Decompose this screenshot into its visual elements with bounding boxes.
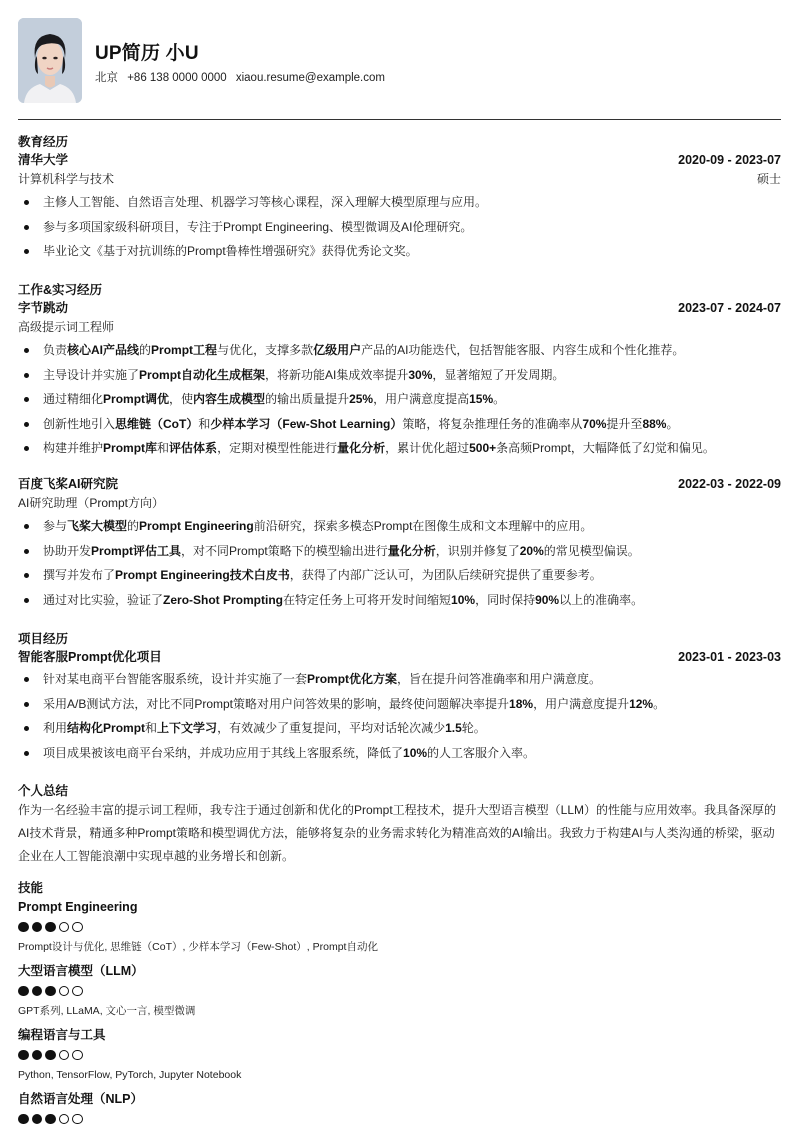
skill-level-rating [18, 917, 781, 937]
section-title-education: 教育经历 [18, 133, 781, 151]
body-text: ，有效减少了重复提问，平均对话轮次减少 [217, 721, 445, 735]
body-text: 条高频Prompt，大幅降低了幻觉和偏见。 [496, 441, 715, 455]
skill-level-rating [18, 1045, 781, 1065]
company-name: 字节跳动 [18, 299, 68, 317]
list-item: 构建并维护Prompt库和评估体系，定期对模型性能进行量化分析，累计优化超过50… [18, 438, 781, 463]
highlight-text: 量化分析 [337, 441, 385, 455]
list-item: 利用结构化Prompt和上下文学习，有效减少了重复提问，平均对话轮次减少1.5轮… [18, 718, 781, 743]
filled-dot-icon [45, 1114, 56, 1125]
body-text: 的输出质量提升 [265, 392, 349, 406]
projects-section: 项目经历 智能客服Prompt优化项目 2023-01 - 2023-03 针对… [18, 630, 781, 767]
education-entry-head: 清华大学 2020-09 - 2023-07 [18, 151, 781, 169]
empty-dot-icon [59, 922, 70, 933]
empty-dot-icon [59, 986, 70, 997]
highlight-text: Zero-Shot Prompting [163, 593, 283, 607]
body-text: ，显著缩短了开发周期。 [432, 368, 564, 382]
body-text: 主导设计并实施了 [43, 368, 139, 382]
education-bullets: 主修人工智能、自然语言处理、机器学习等核心课程，深入理解大模型原理与应用。 参与… [18, 192, 781, 266]
work-date: 2022-03 - 2022-09 [678, 475, 781, 493]
list-item: 负责核心AI产品线的Prompt工程与优化，支撑多款亿级用户产品的AI功能迭代，… [18, 340, 781, 365]
skill-item: 自然语言处理（NLP） [18, 1089, 781, 1129]
list-item: 主修人工智能、自然语言处理、机器学习等核心课程，深入理解大模型原理与应用。 [18, 192, 781, 217]
highlight-text: 88% [642, 417, 666, 431]
skill-description: Python, TensorFlow, PyTorch, Jupyter Not… [18, 1065, 781, 1089]
body-text: 的 [127, 519, 139, 533]
filled-dot-icon [32, 1114, 43, 1125]
highlight-text: 少样本学习（Few-Shot Learning） [210, 417, 402, 431]
header-divider [18, 119, 781, 120]
project-bullets: 针对某电商平台智能客服系统，设计并实施了一套Prompt优化方案，旨在提升问答准… [18, 669, 781, 767]
highlight-text: 亿级用户 [313, 343, 361, 357]
work-date: 2023-07 - 2024-07 [678, 299, 781, 317]
body-text: 。 [493, 392, 505, 406]
skill-description: GPT系列, LLaMA, 文心一言, 模型微调 [18, 1001, 781, 1025]
resume-page: UP简历 小U 北京 +86 138 0000 0000 xiaou.resum… [18, 0, 781, 120]
job-role: AI研究助理（Prompt方向） [18, 493, 164, 513]
filled-dot-icon [32, 922, 43, 933]
highlight-text: 思维链（CoT） [115, 417, 198, 431]
filled-dot-icon [18, 1050, 29, 1061]
filled-dot-icon [32, 986, 43, 997]
work-section-2: 百度飞桨AI研究院 2022-03 - 2022-09 AI研究助理（Promp… [18, 475, 781, 614]
skill-item: 编程语言与工具Python, TensorFlow, PyTorch, Jupy… [18, 1025, 781, 1089]
highlight-text: 内容生成模型 [193, 392, 265, 406]
body-text: 和 [157, 441, 169, 455]
body-text: ，累计优化超过 [385, 441, 469, 455]
filled-dot-icon [45, 922, 56, 933]
profile-photo [18, 18, 82, 103]
body-text: ，识别并修复了 [436, 544, 520, 558]
body-text: ，旨在提升问答准确率和用户满意度。 [397, 672, 601, 686]
highlight-text: Prompt工程 [151, 343, 217, 357]
list-item: 协助开发Prompt评估工具，对不同Prompt策略下的模型输出进行量化分析，识… [18, 541, 781, 566]
body-text: 创新性地引入 [43, 417, 115, 431]
body-text: 提升至 [606, 417, 642, 431]
body-text: 以上的准确率。 [559, 593, 643, 607]
skill-item: 大型语言模型（LLM）GPT系列, LLaMA, 文心一言, 模型微调 [18, 961, 781, 1025]
highlight-text: Prompt库 [103, 441, 157, 455]
body-text: 负责 [43, 343, 67, 357]
work-entry-sub: AI研究助理（Prompt方向） [18, 493, 781, 513]
skill-name: 大型语言模型（LLM） [18, 961, 781, 981]
contact-email[interactable]: xiaou.resume@example.com [236, 72, 385, 84]
filled-dot-icon [18, 986, 29, 997]
list-item: 针对某电商平台智能客服系统，设计并实施了一套Prompt优化方案，旨在提升问答准… [18, 669, 781, 694]
list-item: 通过对比实验，验证了Zero-Shot Prompting在特定任务上可将开发时… [18, 590, 781, 615]
work-entry-sub: 高级提示词工程师 [18, 317, 781, 337]
body-text: ，同时保持 [475, 593, 535, 607]
highlight-text: 15% [469, 392, 493, 406]
body-text: 策略，将复杂推理任务的准确率从 [402, 417, 582, 431]
highlight-text: Prompt自动化生成框架 [139, 368, 265, 382]
work-bullets: 负责核心AI产品线的Prompt工程与优化，支撑多款亿级用户产品的AI功能迭代，… [18, 340, 781, 463]
highlight-text: Prompt Engineering [139, 519, 254, 533]
body-text: 的人工客服介入率。 [427, 746, 535, 760]
school-name: 清华大学 [18, 151, 68, 169]
highlight-text: 18% [509, 697, 533, 711]
work-entry-head: 字节跳动 2023-07 - 2024-07 [18, 299, 781, 317]
skill-description: Prompt设计与优化, 思维链（CoT）, 少样本学习（Few-Shot）, … [18, 937, 781, 961]
list-item: 项目成果被该电商平台采纳，并成功应用于其线上客服系统，降低了10%的人工客服介入… [18, 743, 781, 768]
list-item: 撰写并发布了Prompt Engineering技术白皮书，获得了内部广泛认可，… [18, 565, 781, 590]
portrait-icon [18, 18, 82, 103]
body-text: 产品的AI功能迭代，包括智能客服、内容生成和个性化推荐。 [361, 343, 684, 357]
highlight-text: 上下文学习 [157, 721, 217, 735]
highlight-text: Prompt优化方案 [307, 672, 397, 686]
highlight-text: 结构化Prompt [67, 721, 145, 735]
body-text: 前沿研究，探索多模态Prompt在图像生成和文本理解中的应用。 [254, 519, 593, 533]
body-text: 在特定任务上可将开发时间缩短 [283, 593, 451, 607]
highlight-text: 1.5 [445, 721, 462, 735]
highlight-text: 飞桨大模型 [67, 519, 127, 533]
body-text: 采用A/B测试方法，对比不同Prompt策略对用户问答效果的影响，最终使问题解决… [43, 697, 509, 711]
candidate-name: UP简历 小U [95, 38, 199, 65]
body-text: ，使 [169, 392, 193, 406]
body-text: ，用户满意度提升 [533, 697, 629, 711]
list-item: 通过精细化Prompt调优，使内容生成模型的输出质量提升25%，用户满意度提高1… [18, 389, 781, 414]
filled-dot-icon [18, 1114, 29, 1125]
body-text: ，获得了内部广泛认可，为团队后续研究提供了重要参考。 [290, 568, 602, 582]
project-date: 2023-01 - 2023-03 [678, 648, 781, 666]
skill-name: 自然语言处理（NLP） [18, 1089, 781, 1109]
empty-dot-icon [72, 1114, 83, 1125]
empty-dot-icon [72, 986, 83, 997]
summary-text: 作为一名经验丰富的提示词工程师，我专注于通过创新和优化的Prompt工程技术，提… [18, 799, 781, 868]
highlight-text: 500+ [469, 441, 496, 455]
contact-line: 北京 +86 138 0000 0000 xiaou.resume@exampl… [95, 69, 391, 85]
body-text: 针对某电商平台智能客服系统，设计并实施了一套 [43, 672, 307, 686]
highlight-text: 10% [403, 746, 427, 760]
body-text: 的 [139, 343, 151, 357]
education-section: 教育经历 清华大学 2020-09 - 2023-07 计算机科学与技术 硕士 … [18, 133, 781, 266]
highlight-text: Prompt Engineering技术白皮书 [115, 568, 290, 582]
work-section: 工作&实习经历 字节跳动 2023-07 - 2024-07 高级提示词工程师 … [18, 281, 781, 463]
skill-name: Prompt Engineering [18, 897, 781, 917]
highlight-text: Prompt评估工具 [91, 544, 181, 558]
job-role: 高级提示词工程师 [18, 317, 114, 337]
body-text: 项目成果被该电商平台采纳，并成功应用于其线上客服系统，降低了 [43, 746, 403, 760]
skill-level-rating [18, 1109, 781, 1129]
list-item: 毕业论文《基于对抗训练的Prompt鲁棒性增强研究》获得优秀论文奖。 [18, 241, 781, 266]
body-text: 和 [198, 417, 210, 431]
highlight-text: 25% [349, 392, 373, 406]
contact-phone: +86 138 0000 0000 [127, 72, 226, 84]
body-text: 的常见模型偏误。 [544, 544, 640, 558]
filled-dot-icon [32, 1050, 43, 1061]
body-text: ，定期对模型性能进行 [217, 441, 337, 455]
project-name: 智能客服Prompt优化项目 [18, 648, 162, 666]
body-text: ，将新功能AI集成效率提升 [265, 368, 408, 382]
project-entry-head: 智能客服Prompt优化项目 2023-01 - 2023-03 [18, 648, 781, 666]
education-date: 2020-09 - 2023-07 [678, 151, 781, 169]
summary-section: 个人总结 作为一名经验丰富的提示词工程师，我专注于通过创新和优化的Prompt工… [18, 782, 781, 868]
company-name: 百度飞桨AI研究院 [18, 475, 118, 493]
highlight-text: 评估体系 [169, 441, 217, 455]
highlight-text: 量化分析 [388, 544, 436, 558]
body-text: 和 [145, 721, 157, 735]
major: 计算机科学与技术 [18, 169, 114, 189]
education-entry-sub: 计算机科学与技术 硕士 [18, 169, 781, 189]
section-title-projects: 项目经历 [18, 630, 781, 648]
body-text: 撰写并发布了 [43, 568, 115, 582]
list-item: 主导设计并实施了Prompt自动化生成框架，将新功能AI集成效率提升30%，显著… [18, 365, 781, 390]
filled-dot-icon [45, 1050, 56, 1061]
highlight-text: Prompt调优 [103, 392, 169, 406]
filled-dot-icon [18, 922, 29, 933]
contact-city: 北京 [95, 72, 118, 84]
body-text: 协助开发 [43, 544, 91, 558]
body-text: 与优化，支撑多款 [217, 343, 313, 357]
work-entry-head: 百度飞桨AI研究院 2022-03 - 2022-09 [18, 475, 781, 493]
highlight-text: 10% [451, 593, 475, 607]
body-text: 参与 [43, 519, 67, 533]
highlight-text: 30% [408, 368, 432, 382]
highlight-text: 90% [535, 593, 559, 607]
filled-dot-icon [45, 986, 56, 997]
empty-dot-icon [72, 1050, 83, 1061]
section-title-skills: 技能 [18, 879, 781, 897]
skills-list: Prompt EngineeringPrompt设计与优化, 思维链（CoT）,… [18, 897, 781, 1129]
body-text: 轮。 [462, 721, 486, 735]
body-text: ，用户满意度提高 [373, 392, 469, 406]
highlight-text: 70% [582, 417, 606, 431]
section-title-work: 工作&实习经历 [18, 281, 781, 299]
skill-name: 编程语言与工具 [18, 1025, 781, 1045]
body-text: ，对不同Prompt策略下的模型输出进行 [181, 544, 388, 558]
list-item: 创新性地引入思维链（CoT）和少样本学习（Few-Shot Learning）策… [18, 414, 781, 439]
body-text: 通过精细化 [43, 392, 103, 406]
body-text: 通过对比实验，验证了 [43, 593, 163, 607]
empty-dot-icon [59, 1114, 70, 1125]
work-bullets: 参与飞桨大模型的Prompt Engineering前沿研究，探索多模态Prom… [18, 516, 781, 614]
section-title-summary: 个人总结 [18, 782, 781, 800]
body-text: 。 [653, 697, 665, 711]
body-text: 。 [666, 417, 678, 431]
list-item: 采用A/B测试方法，对比不同Prompt策略对用户问答效果的影响，最终使问题解决… [18, 694, 781, 719]
list-item: 参与多项国家级科研项目，专注于Prompt Engineering、模型微调及A… [18, 217, 781, 242]
highlight-text: 20% [520, 544, 544, 558]
list-item: 参与飞桨大模型的Prompt Engineering前沿研究，探索多模态Prom… [18, 516, 781, 541]
highlight-text: 核心AI产品线 [67, 343, 139, 357]
skill-level-rating [18, 981, 781, 1001]
skills-section: 技能 Prompt EngineeringPrompt设计与优化, 思维链（Co… [18, 879, 781, 1129]
body-text: 利用 [43, 721, 67, 735]
body-text: 构建并维护 [43, 441, 103, 455]
degree: 硕士 [757, 169, 781, 189]
highlight-text: 12% [629, 697, 653, 711]
empty-dot-icon [59, 1050, 70, 1061]
resume-header: UP简历 小U 北京 +86 138 0000 0000 xiaou.resum… [18, 0, 781, 120]
empty-dot-icon [72, 922, 83, 933]
skill-item: Prompt EngineeringPrompt设计与优化, 思维链（CoT）,… [18, 897, 781, 961]
